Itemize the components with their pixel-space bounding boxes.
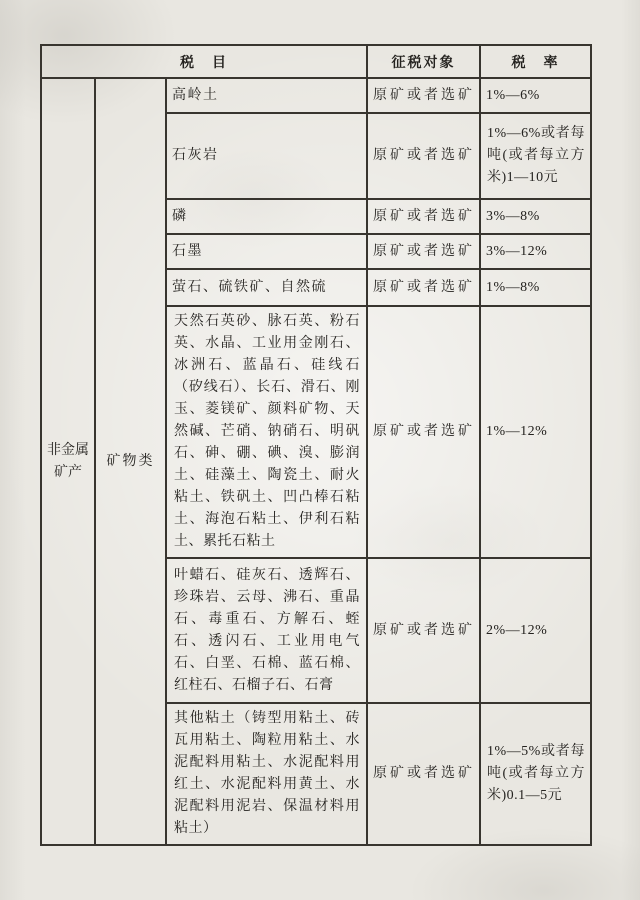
resource-tax-table: 税 目 征税对象 税 率 非金属矿产 矿物类 高岭土 原矿或者选矿 1%—6% … — [40, 44, 592, 846]
tax-object-cell: 原矿或者选矿 — [367, 306, 480, 558]
tax-item-cell: 萤石、硫铁矿、自然硫 — [166, 269, 367, 306]
tax-rate-cell: 3%—12% — [480, 234, 591, 269]
tax-rate-cell: 1%—12% — [480, 306, 591, 558]
category-cell: 非金属矿产 — [41, 78, 95, 845]
tax-object-cell: 原矿或者选矿 — [367, 269, 480, 306]
tax-item-cell: 叶蜡石、硅灰石、透辉石、珍珠岩、云母、沸石、重晶石、毒重石、方解石、蛭石、透闪石… — [166, 558, 367, 703]
scanned-document-page: 税 目 征税对象 税 率 非金属矿产 矿物类 高岭土 原矿或者选矿 1%—6% … — [0, 0, 640, 900]
tax-rate-cell: 1%—6% — [480, 78, 591, 113]
tax-object-cell: 原矿或者选矿 — [367, 113, 480, 199]
table-header-row: 税 目 征税对象 税 率 — [41, 45, 591, 78]
header-tax-object: 征税对象 — [367, 45, 480, 78]
tax-rate-cell: 1%—6%或者每吨(或者每立方米)1—10元 — [480, 113, 591, 199]
tax-item-cell: 磷 — [166, 199, 367, 234]
tax-object-cell: 原矿或者选矿 — [367, 78, 480, 113]
tax-item-cell: 其他粘土（铸型用粘土、砖瓦用粘土、陶粒用粘土、水泥配料用粘土、水泥配料用红土、水… — [166, 703, 367, 845]
tax-item-cell: 高岭土 — [166, 78, 367, 113]
header-tax-rate: 税 率 — [480, 45, 591, 78]
tax-item-cell: 石墨 — [166, 234, 367, 269]
tax-rate-cell: 3%—8% — [480, 199, 591, 234]
tax-object-cell: 原矿或者选矿 — [367, 703, 480, 845]
tax-object-cell: 原矿或者选矿 — [367, 199, 480, 234]
tax-item-cell: 石灰岩 — [166, 113, 367, 199]
tax-item-cell: 天然石英砂、脉石英、粉石英、水晶、工业用金刚石、冰洲石、蓝晶石、硅线石（矽线石）… — [166, 306, 367, 558]
header-tax-item: 税 目 — [41, 45, 367, 78]
tax-object-cell: 原矿或者选矿 — [367, 558, 480, 703]
tax-rate-cell: 1%—5%或者每吨(或者每立方米)0.1—5元 — [480, 703, 591, 845]
tax-object-cell: 原矿或者选矿 — [367, 234, 480, 269]
table-row: 非金属矿产 矿物类 高岭土 原矿或者选矿 1%—6% — [41, 78, 591, 113]
tax-rate-cell: 2%—12% — [480, 558, 591, 703]
subcategory-cell: 矿物类 — [95, 78, 166, 845]
tax-rate-cell: 1%—8% — [480, 269, 591, 306]
